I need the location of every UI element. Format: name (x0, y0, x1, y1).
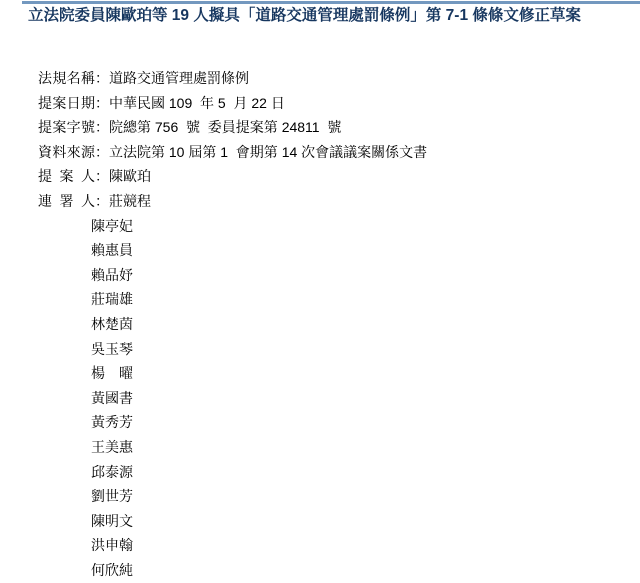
field-label: 資料來源 (38, 140, 95, 165)
cosigner-name: 邱泰源 (91, 460, 630, 485)
field-colon: ： (95, 140, 109, 165)
field-label: 連 署 人 (38, 189, 95, 214)
field-value: 莊競程 (109, 193, 151, 209)
field-label: 提案字號 (38, 115, 95, 140)
field-colon: ： (95, 91, 109, 116)
cosigner-name: 陳亭妃 (91, 214, 630, 239)
field-colon: ： (95, 164, 109, 189)
field-row-proposer: 提 案 人：陳歐珀 (38, 164, 630, 189)
field-value: 陳歐珀 (109, 168, 151, 184)
field-colon: ： (95, 115, 109, 140)
header-rule (22, 1, 640, 4)
field-colon: ： (95, 66, 109, 91)
field-row-proposal-number: 提案字號：院總第 756 號 委員提案第 24811 號 (38, 115, 630, 140)
cosigner-name: 陳明文 (91, 509, 630, 534)
field-label: 提 案 人 (38, 164, 95, 189)
cosigner-name: 黃國書 (91, 386, 630, 411)
field-value: 立法院第 10 屆第 1 會期第 14 次會議議案關係文書 (109, 144, 427, 160)
field-label: 提案日期 (38, 91, 95, 116)
cosigner-name: 莊瑞雄 (91, 287, 630, 312)
cosigner-name: 黃秀芳 (91, 410, 630, 435)
cosigner-name: 楊 曜 (91, 361, 630, 386)
cosigner-name: 洪申翰 (91, 533, 630, 558)
field-value: 道路交通管理處罰條例 (109, 70, 249, 86)
field-value: 院總第 756 號 委員提案第 24811 號 (109, 119, 341, 135)
field-colon: ： (95, 189, 109, 214)
field-row-data-source: 資料來源：立法院第 10 屆第 1 會期第 14 次會議議案關係文書 (38, 140, 630, 165)
cosigner-name: 王美惠 (91, 435, 630, 460)
cosigner-list: 陳亭妃 賴惠員 賴品妤 莊瑞雄 林楚茵 吳玉琴 楊 曜 黃國書 黃秀芳 王美惠 … (91, 214, 630, 583)
document-title: 立法院委員陳歐珀等 19 人擬具「道路交通管理處罰條例」第 7-1 條條文修正草… (28, 6, 632, 26)
field-value: 中華民國 109 年 5 月 22 日 (109, 95, 285, 111)
cosigner-name: 賴惠員 (91, 238, 630, 263)
field-row-proposal-date: 提案日期：中華民國 109 年 5 月 22 日 (38, 91, 630, 116)
cosigner-name: 吳玉琴 (91, 337, 630, 362)
field-row-law-name: 法規名稱：道路交通管理處罰條例 (38, 66, 630, 91)
cosigner-name: 賴品妤 (91, 263, 630, 288)
document-fields: 法規名稱：道路交通管理處罰條例 提案日期：中華民國 109 年 5 月 22 日… (38, 66, 630, 582)
cosigner-name: 何欣純 (91, 558, 630, 583)
field-row-cosigner: 連 署 人：莊競程 (38, 189, 630, 214)
cosigner-name: 林楚茵 (91, 312, 630, 337)
field-label: 法規名稱 (38, 66, 95, 91)
cosigner-name: 劉世芳 (91, 484, 630, 509)
